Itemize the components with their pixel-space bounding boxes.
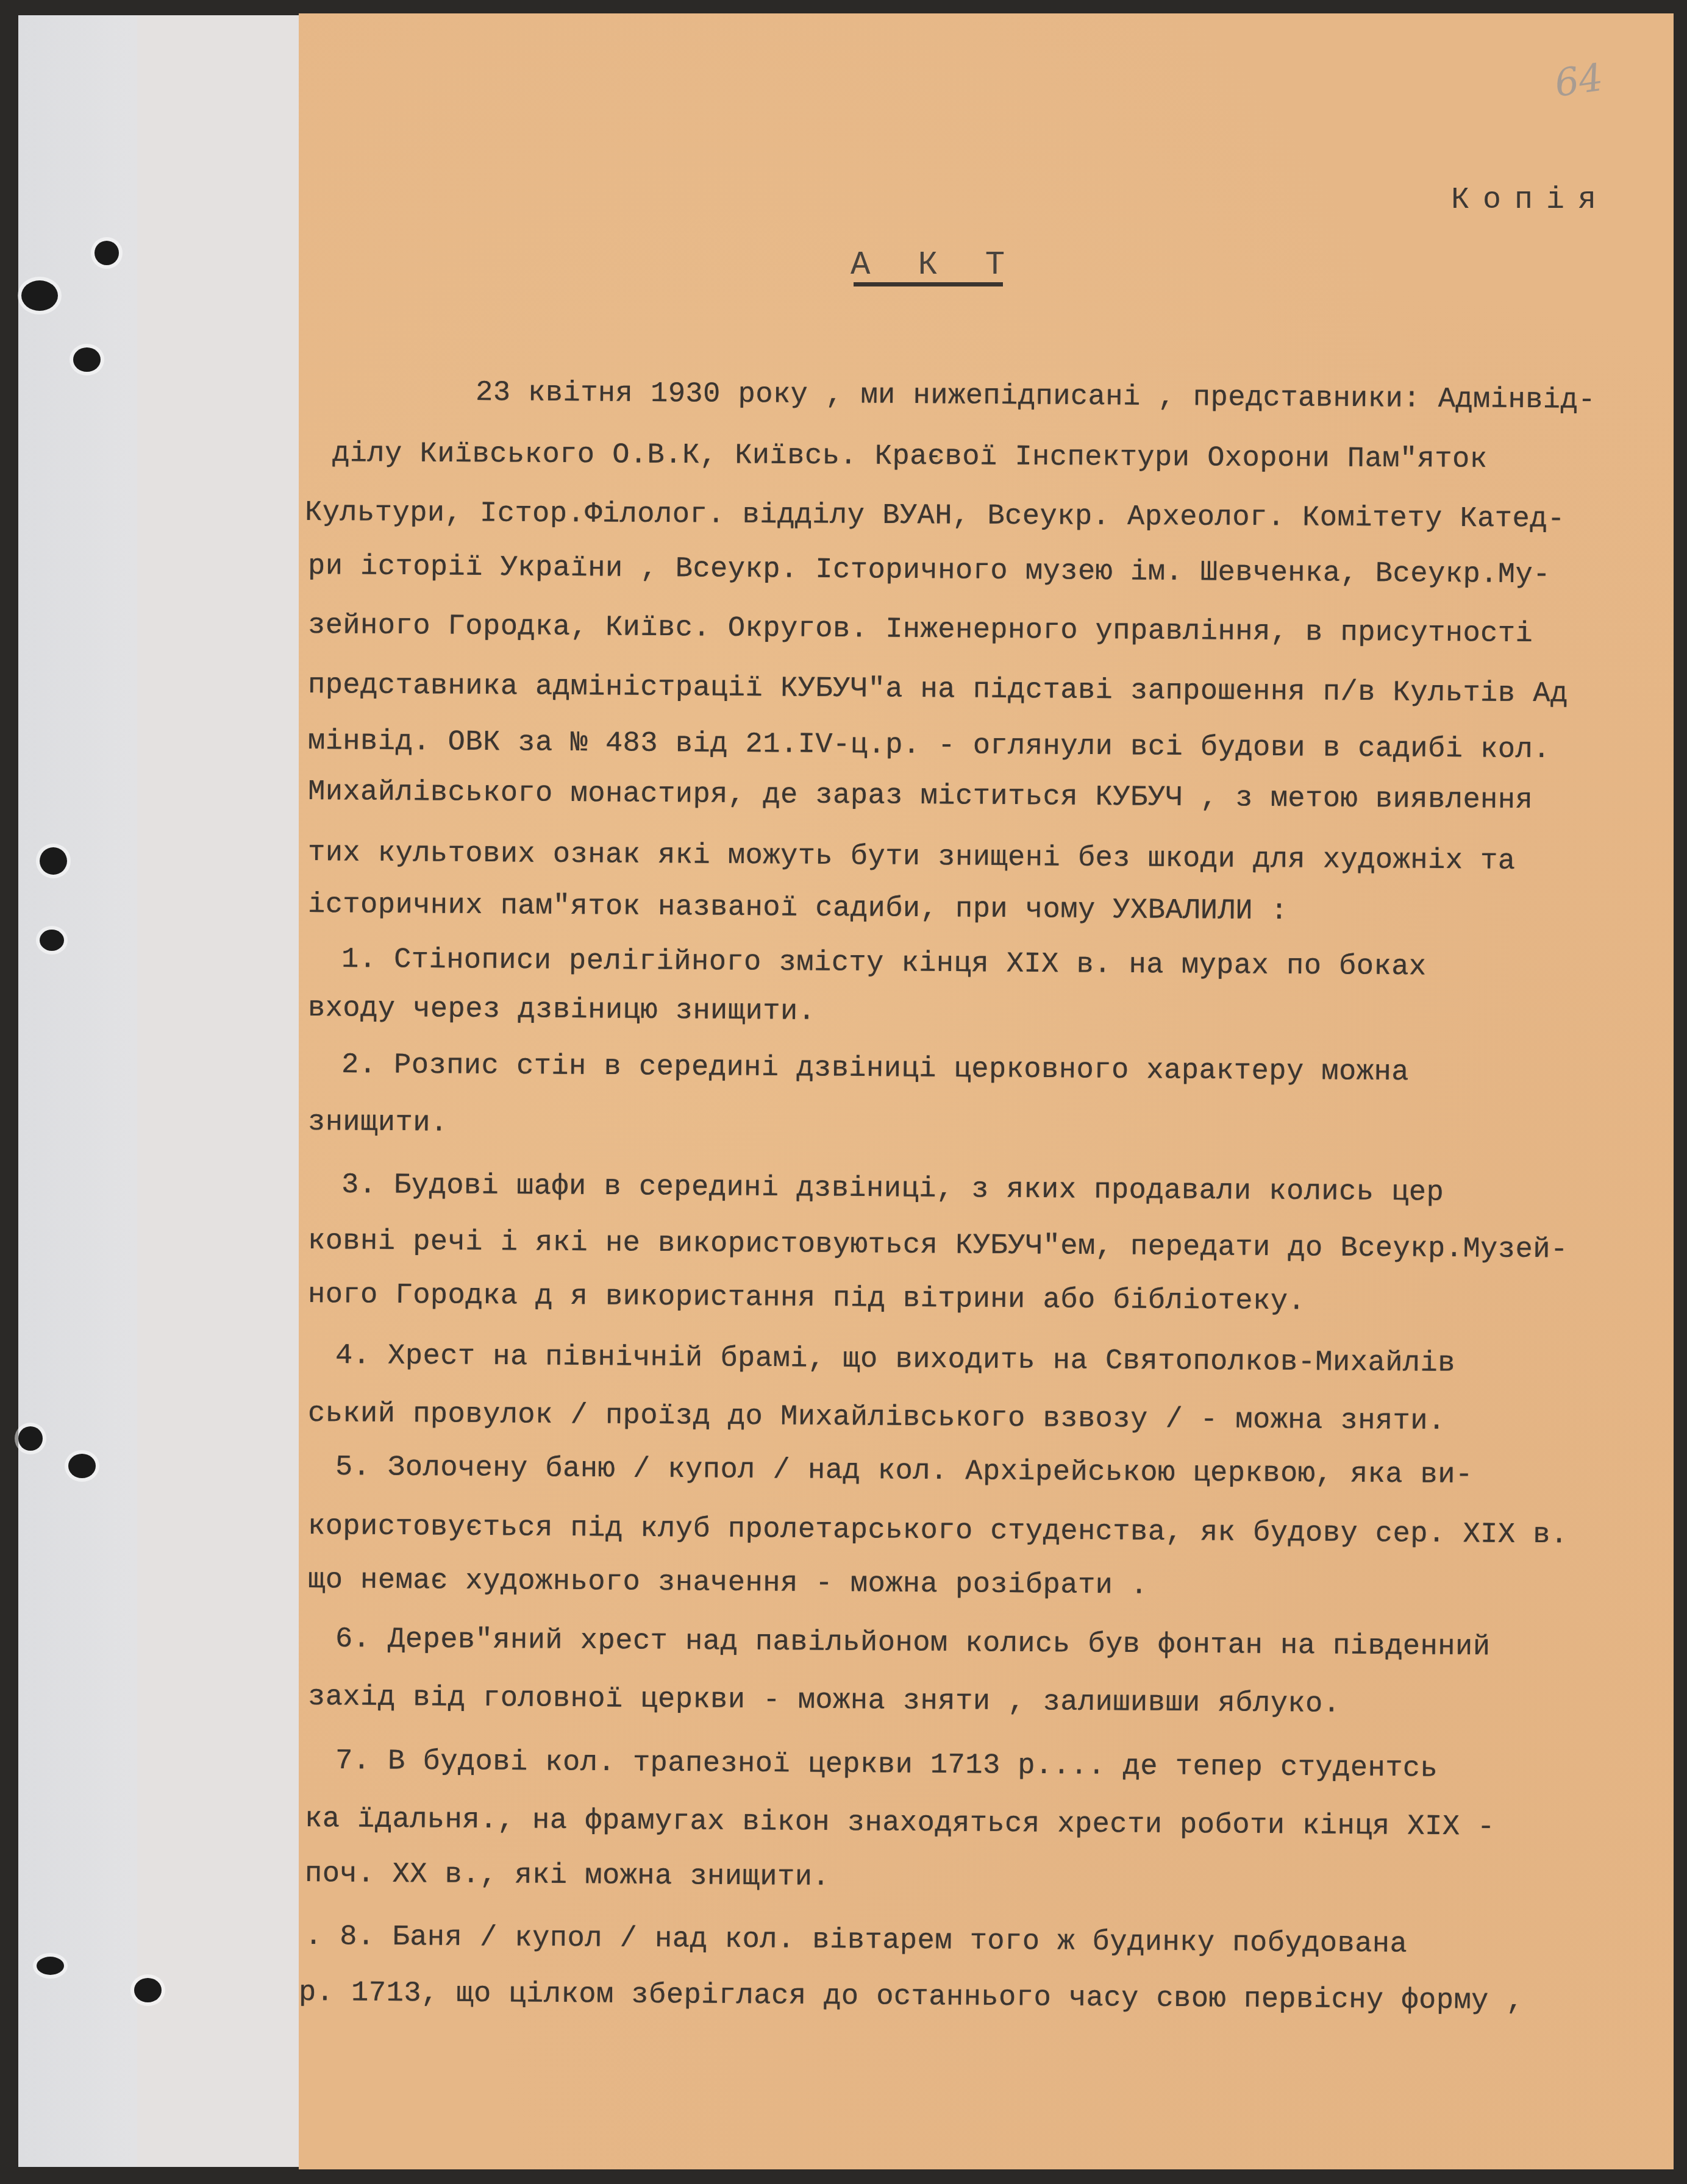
binding-hole xyxy=(134,1978,162,2002)
copy-label: Копія xyxy=(1451,183,1610,218)
binding-hole xyxy=(37,1957,64,1975)
text-line: знищити. xyxy=(308,1104,448,1142)
list-item-7: 7. В будові кол. трапезної церкви 1713 р… xyxy=(335,1743,1438,1788)
list-item-4: 4. Хрест на північній брамі, що виходить… xyxy=(335,1338,1455,1382)
text-line: ділу Київського О.В.К, Київсь. Краєвої І… xyxy=(332,436,1488,478)
page-number: 64 xyxy=(1552,55,1605,105)
list-item-8: . 8. Баня / купол / над кол. вівтарем то… xyxy=(305,1919,1408,1963)
text-line: історичних пам"яток названої садиби, при… xyxy=(308,887,1288,930)
title-underline xyxy=(854,282,1003,286)
binding-hole xyxy=(18,1426,43,1451)
binding-hole xyxy=(73,347,101,372)
document-title: АКТ xyxy=(851,247,1052,284)
binding-hole xyxy=(40,847,67,875)
binding-hole xyxy=(68,1454,96,1478)
binding-hole xyxy=(95,241,119,265)
text-line: входу через дзвіницю знищити. xyxy=(308,991,816,1031)
text-line: поч. XX в., які можна знищити. xyxy=(305,1856,830,1896)
text-line: ного Городка д я використання під вітрин… xyxy=(308,1277,1306,1320)
document-sheet xyxy=(299,13,1674,2169)
text-line: 23 квітня 1930 року , ми нижепідписані ,… xyxy=(476,375,1596,419)
binding-hole xyxy=(40,930,64,951)
text-line: захід від головної церкви - можна зняти … xyxy=(308,1679,1341,1723)
list-item-1: 1. Стінописи релігійного змісту кінця XI… xyxy=(341,942,1427,986)
binding-hole xyxy=(21,280,58,311)
archive-binding-strip xyxy=(18,15,305,2167)
list-item-2: 2. Розпис стін в середині дзвіниці церко… xyxy=(341,1047,1409,1091)
text-line: що немає художнього значення - можна роз… xyxy=(308,1562,1148,1605)
text-line: Культури, Істор.Філолог. відділу ВУАН, В… xyxy=(305,495,1565,538)
list-item-3: 3. Будові шафи в середині дзвіниці, з як… xyxy=(341,1167,1444,1212)
archive-strip-inner xyxy=(137,15,305,2167)
